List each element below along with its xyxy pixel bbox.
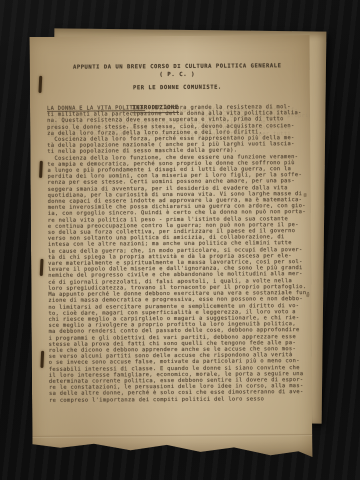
document-page: APPUNTI DA UN BREVE CORSO DI CULTURA POL… [30,35,313,462]
photo-background: APPUNTI DA UN BREVE CORSO DI CULTURA POL… [0,0,360,480]
document-body: LA DONNA E LA VITA POLITICA - E' ancora … [47,104,310,404]
binding-stitch [40,259,43,276]
text-line: re compreso l'importanza dei compiti pol… [49,396,310,404]
binding-stitch [39,161,42,178]
title-line-2: PER LE DONNE COMUNISTE. [47,84,308,93]
binding-stitch [38,76,41,93]
page-content: APPUNTI DA UN BREVE CORSO DI CULTURA POL… [47,35,311,462]
binding-stitch [40,351,43,368]
